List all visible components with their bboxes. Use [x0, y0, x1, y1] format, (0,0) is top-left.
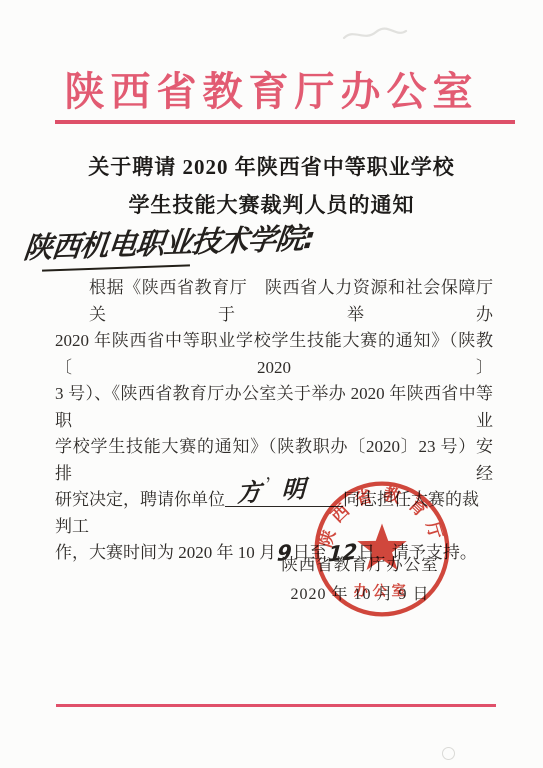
- handwritten-name: 方 明: [237, 475, 312, 507]
- body-text-before-blank: 研究决定，聘请你单位: [55, 490, 225, 509]
- letterhead-title: 陕西省教育厅办公室: [0, 60, 543, 117]
- star-icon: [357, 523, 406, 570]
- body-line: 3 号）、《陕西省教育厅办公室关于举办 2020 年陕西省中等职业: [55, 381, 493, 434]
- header-rule: [55, 120, 515, 124]
- bottom-rule: [56, 704, 496, 707]
- body-line: 2020 年陕西省中等职业学校学生技能大赛的通知》（陕教〔2020〕: [55, 328, 493, 381]
- body-line: 根据《陕西省教育厅 陕西省人力资源和社会保障厅关于举办: [55, 275, 493, 328]
- scan-artifact-circle: [442, 747, 455, 760]
- notice-title: 关于聘请 2020 年陕西省中等职业学校 学生技能大赛裁判人员的通知: [0, 148, 543, 224]
- official-seal: 陕西省教育厅 办公室: [311, 478, 453, 620]
- scan-artifact-squiggle: [340, 22, 410, 48]
- scanned-document-page: 陕西省教育厅办公室 关于聘请 2020 年陕西省中等职业学校 学生技能大赛裁判人…: [0, 0, 543, 768]
- notice-title-line1: 关于聘请 2020 年陕西省中等职业学校: [0, 148, 543, 186]
- body-text-dates-1: 作，大赛时间为 2020 年 10 月: [55, 543, 276, 562]
- seal-bottom-text: 办公室: [354, 582, 411, 599]
